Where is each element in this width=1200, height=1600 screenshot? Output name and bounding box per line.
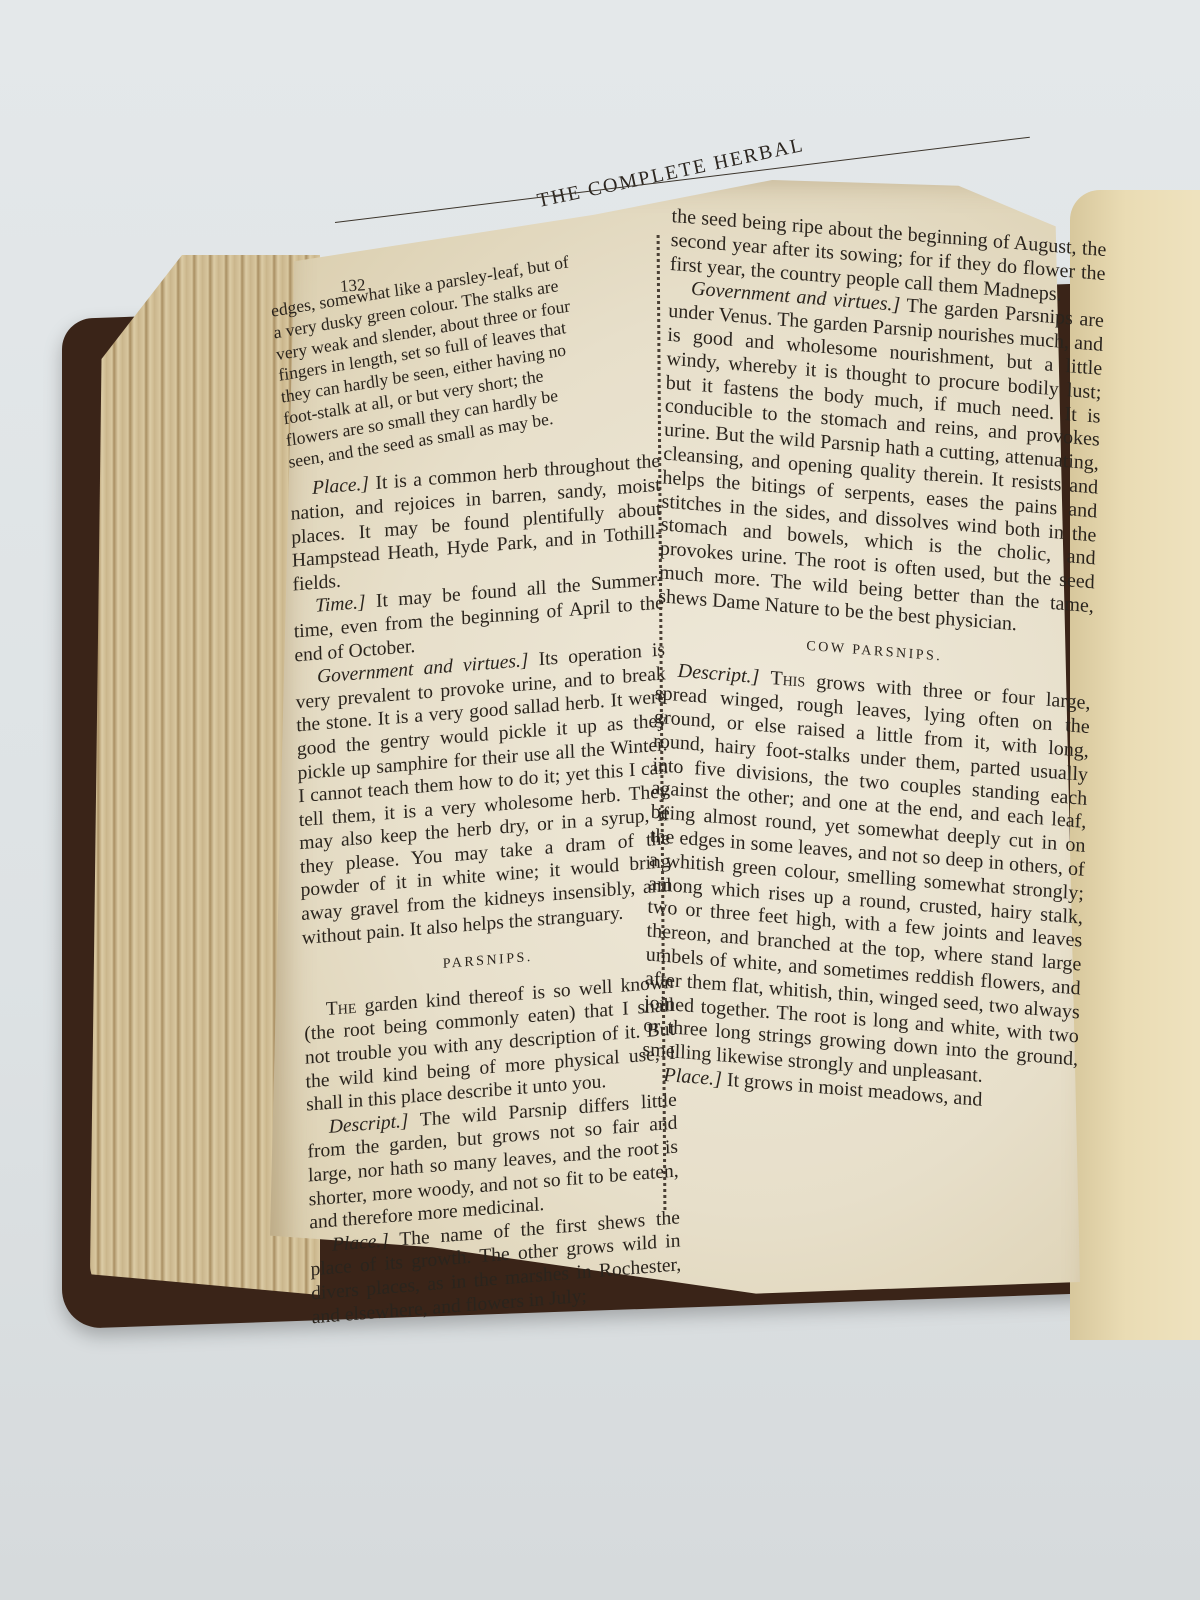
government-text-right: The garden Parsnips are under Venus. The… [658,295,1104,635]
right-column: the seed being ripe about the beginning … [641,205,1107,1120]
cow-descript-paragraph: Descript.] This grows with three or four… [642,658,1091,1096]
cow-descript-text: grows with three or four large, spread w… [642,671,1091,1087]
time-label: Time.] [315,592,366,617]
government-paragraph: Government and virtues.] Its operation i… [295,638,672,950]
place2-label: Place.] [332,1230,389,1255]
cow-place-label: Place.] [663,1064,722,1091]
small-caps-lead-right: This [770,667,806,692]
government-paragraph-right: Government and virtues.] The garden Pars… [658,276,1104,643]
government-text: Its operation is very prevalent to provo… [295,639,671,948]
place-label: Place.] [312,474,369,499]
small-caps-lead: The [326,997,357,1020]
left-column: edges, somewhat like a parsley-leaf, but… [285,270,682,1329]
